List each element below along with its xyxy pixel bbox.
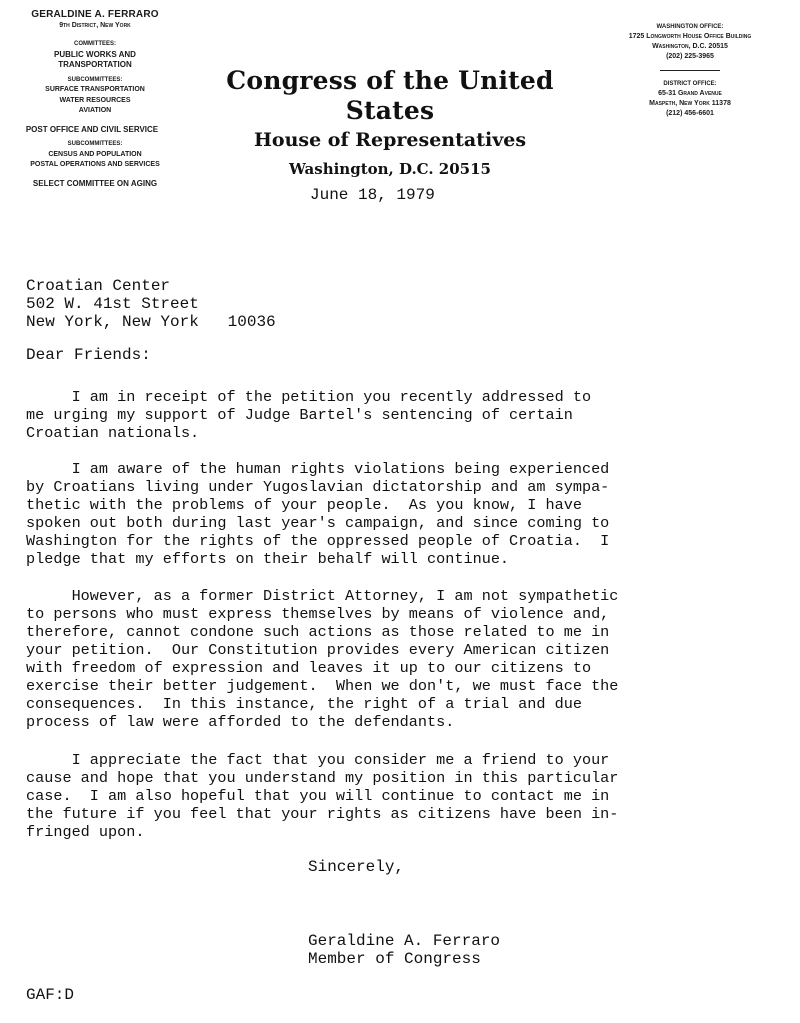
closing: Sincerely, [308,858,404,876]
district-office-label: DISTRICT OFFICE: [590,79,790,89]
member-name: GERALDINE A. FERRARO [0,10,190,21]
body-paragraph: I am in receipt of the petition you rece… [26,388,591,442]
office-address-line: 1725 Longworth House Office Building [590,32,790,42]
subcommittees-label: SUBCOMMITTEES: [0,75,190,86]
subcommittee-name: WATER RESOURCES [0,96,190,107]
subcommittee-name: CENSUS AND POPULATION [0,150,190,161]
committee-name: PUBLIC WORKS AND [0,50,190,61]
office-phone: (212) 456-6601 [590,109,790,119]
committee-name: POST OFFICE AND CIVIL SERVICE [0,125,190,136]
body-paragraph: I am aware of the human rights violation… [26,460,609,568]
district-label: 9th District, New York [0,21,190,32]
committees-label: COMMITTEES: [0,39,190,50]
signature-title: Member of Congress [308,950,481,968]
office-column: WASHINGTON OFFICE: 1725 Longworth House … [590,22,790,119]
office-address-line: Maspeth, New York 11378 [590,99,790,109]
subcommittee-name: AVIATION [0,106,190,117]
letter-date: June 18, 1979 [310,186,435,204]
divider [660,70,720,71]
subcommittee-name: POSTAL OPERATIONS AND SERVICES [0,160,190,171]
salutation: Dear Friends: [26,346,151,364]
letterhead-title: Congress of the United States House of R… [200,66,580,180]
committee-name: TRANSPORTATION [0,60,190,71]
recipient-line: Croatian Center [26,277,276,295]
committee-column: GERALDINE A. FERRARO 9th District, New Y… [0,10,190,189]
signature-name: Geraldine A. Ferraro [308,932,500,950]
recipient-address: Croatian Center502 W. 41st StreetNew Yor… [26,277,276,331]
recipient-line: 502 W. 41st Street [26,295,276,313]
office-phone: (202) 225-3965 [590,52,790,62]
typist-initials: GAF:D [26,986,74,1004]
washington-office-label: WASHINGTON OFFICE: [590,22,790,32]
washington-address: Washington, D.C. 20515 [200,158,580,180]
body-paragraph: I appreciate the fact that you consider … [26,751,618,841]
body-paragraph: However, as a former District Attorney, … [26,587,618,731]
committee-name: SELECT COMMITTEE ON AGING [0,179,190,190]
congress-title: Congress of the United States [200,66,580,126]
subcommittees-label: SUBCOMMITTEES: [0,139,190,150]
house-title: House of Representatives [200,128,580,152]
office-address-line: Washington, D.C. 20515 [590,42,790,52]
recipient-line: New York, New York 10036 [26,313,276,331]
office-address-line: 65-31 Grand Avenue [590,89,790,99]
subcommittee-name: SURFACE TRANSPORTATION [0,85,190,96]
